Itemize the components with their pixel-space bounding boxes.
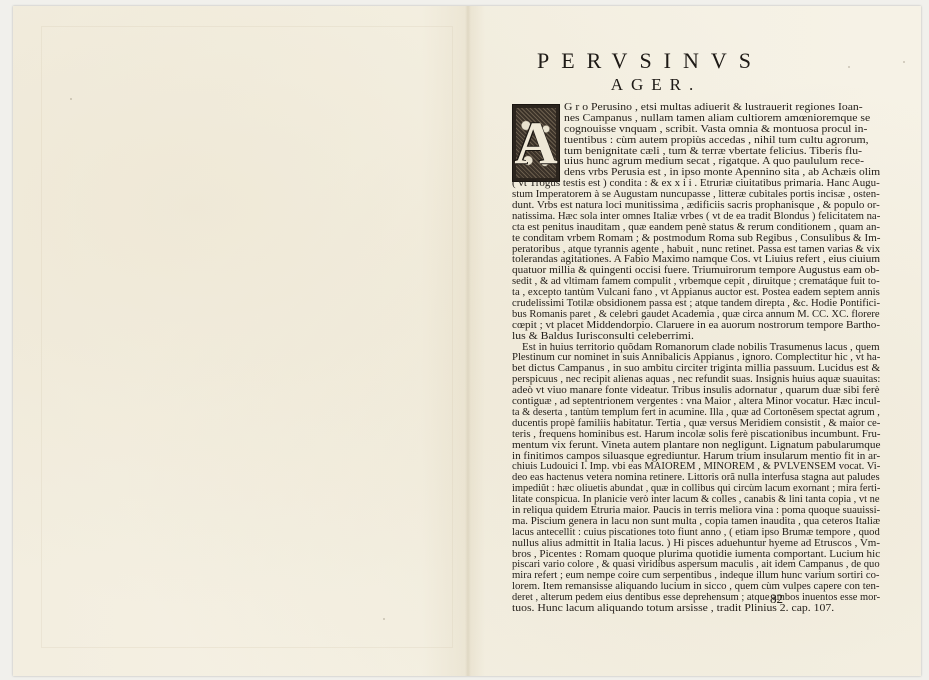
foxing-spot xyxy=(70,98,72,100)
title-line-2: AGER. xyxy=(512,74,800,96)
center-fold xyxy=(465,6,471,676)
body-text: A G r o Perusino , etsi multas adiuerit … xyxy=(512,103,880,615)
text-lines: G r o Perusino , etsi multas adiuerit & … xyxy=(512,103,880,615)
page-title: PERVSINVS AGER. xyxy=(500,48,800,96)
decorated-initial: A xyxy=(512,104,560,182)
initial-letter: A xyxy=(514,113,557,173)
title-line-1: PERVSINVS xyxy=(500,48,800,74)
plate-mark xyxy=(41,26,453,648)
text-line: tuos. Hunc lacum aliquando totum arsisse… xyxy=(512,604,880,615)
page-number: 82 xyxy=(770,591,783,607)
foxing-spot xyxy=(848,66,850,68)
foxing-spot xyxy=(383,618,385,620)
foxing-spot xyxy=(903,61,905,63)
